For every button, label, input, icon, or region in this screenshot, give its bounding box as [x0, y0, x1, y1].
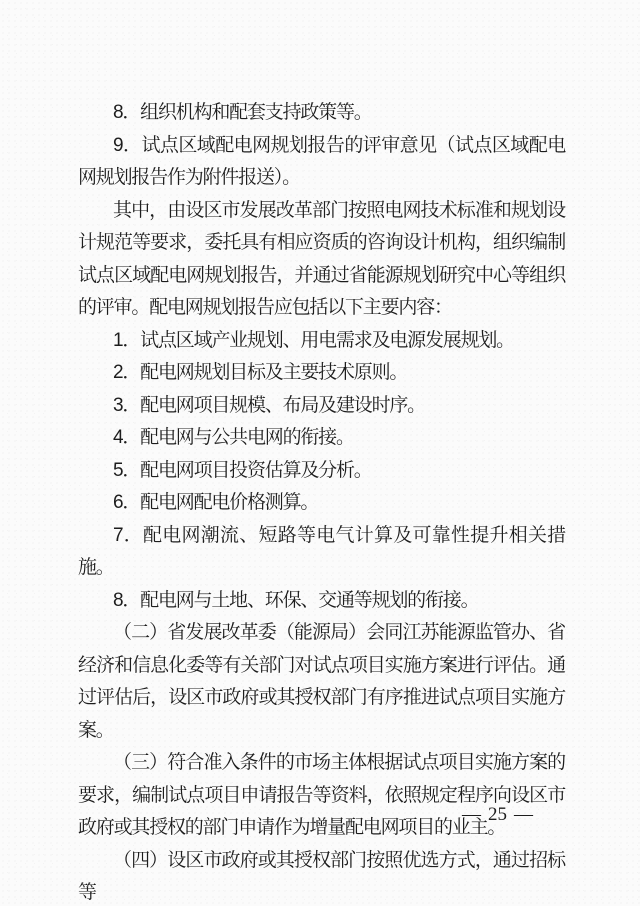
paragraph: 3．配电网项目规模、布局及建设时序。 — [78, 390, 565, 423]
paragraph: 9．试点区域配电网规划报告的评审意见（试点区域配电网规划报告作为附件报送）。 — [78, 130, 565, 195]
page-number-dash-right: — — [514, 804, 533, 826]
paragraph: 7．配电网潮流、短路等电气计算及可靠性提升相关措施。 — [78, 520, 565, 585]
document-page: 8．组织机构和配套支持政策等。9．试点区域配电网规划报告的评审意见（试点区域配电… — [0, 0, 640, 906]
paragraph: 4．配电网与公共电网的衔接。 — [78, 422, 565, 455]
paragraph: 5．配电网项目投资估算及分析。 — [78, 455, 565, 488]
paragraph: 8．组织机构和配套支持政策等。 — [78, 97, 565, 130]
document-body: 8．组织机构和配套支持政策等。9．试点区域配电网规划报告的评审意见（试点区域配电… — [78, 97, 565, 906]
paragraph: 1．试点区域产业规划、用电需求及电源发展规划。 — [78, 325, 565, 358]
paragraph: 6．配电网配电价格测算。 — [78, 487, 565, 520]
paragraph: （二）省发展改革委（能源局）会同江苏能源监管办、省经济和信息化委等有关部门对试点… — [78, 617, 565, 747]
paragraph: 8．配电网与土地、环保、交通等规划的衔接。 — [78, 585, 565, 618]
paragraph: 2．配电网规划目标及主要技术原则。 — [78, 357, 565, 390]
paragraph: 其中，由设区市发展改革部门按照电网技术标准和规划设计规范等要求，委托具有相应资质… — [78, 195, 565, 325]
page-number-dash-left: — — [462, 804, 481, 826]
page-number-value: 25 — [488, 804, 507, 825]
paragraph: （四）设区市政府或其授权部门按照优选方式，通过招标等 — [78, 845, 565, 906]
paragraph: （三）符合准入条件的市场主体根据试点项目实施方案的要求，编制试点项目申请报告等资… — [78, 747, 565, 845]
page-number-footer: —25— — [455, 804, 540, 826]
